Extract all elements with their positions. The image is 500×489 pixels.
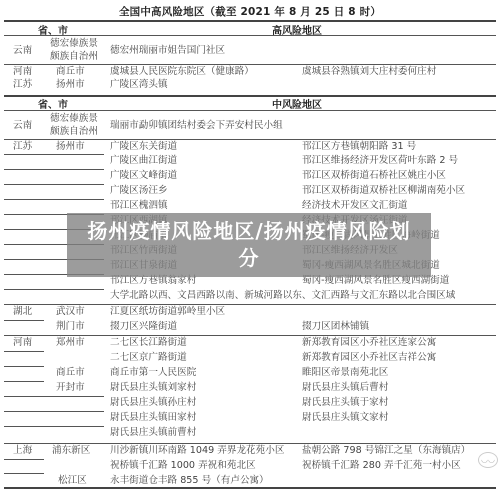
city-cell: 扬州市	[56, 140, 85, 153]
area-cell: 经济技术开发区文汇街道	[302, 199, 408, 212]
risk-area-document: 全国中高风险地区（截至 2021 年 8 月 25 日 8 时） 省、市 高风险…	[0, 0, 500, 489]
divider	[4, 320, 44, 321]
divider	[4, 473, 44, 474]
area-cell: 广陵区曲江街道	[110, 154, 177, 167]
area-cell: 永丰街道仓丰路 855 号（有卢公寓）	[110, 474, 269, 487]
area-cell: 祝桥镇千汇路 1000 弄祝和苑北区	[110, 459, 256, 472]
area-cell: 邗江区双桥街道双桥社区柳湖南苑小区	[302, 184, 465, 197]
divider	[4, 396, 104, 397]
area-cell: 虞城县人民医院东院区（健康路）	[110, 65, 254, 78]
area-cell: 邗江区维扬经济开发区荷叶东路 2 号	[302, 154, 458, 167]
area-cell: 尉氏县庄头镇后曹村	[302, 381, 388, 394]
area-cell: 瑞丽市勐卯镇团结村委会下弄安村民小组	[110, 119, 283, 132]
area-cell: 邗江区双桥街道石桥社区姚庄小区	[302, 169, 446, 182]
city-cell: 德宏傣族景	[50, 112, 98, 125]
area-cell: 尉氏县庄头镇前曹村	[110, 426, 196, 439]
province-cell: 河南	[13, 65, 32, 78]
wechat-icon: ◡◡	[478, 452, 498, 468]
province-cell: 江苏	[13, 140, 32, 153]
area-cell: 大学北路以西、文昌西路以南、新城河路以东、文汇西路与文汇东路以北合围区域	[110, 289, 455, 302]
divider	[4, 95, 496, 97]
area-cell: 掇刀区团林铺镇	[302, 320, 369, 333]
area-cell: 尉氏县庄头镇刘家村	[110, 381, 196, 394]
area-cell: 广陵区湾头镇	[110, 78, 168, 91]
divider	[4, 110, 496, 111]
province-cell: 河南	[13, 336, 32, 349]
divider	[4, 154, 104, 155]
area-cell: 广陵区汤汪乡	[110, 184, 168, 197]
city-cell: 扬州市	[56, 78, 85, 91]
area-cell: 江夏区纸坊街道郭岭里小区	[110, 305, 225, 318]
area-cell: 祝桥镇千汇路 280 弄千汇苑一村小区	[302, 459, 461, 472]
area-cell: 睢阳区帝景南苑北区	[302, 366, 388, 379]
area-cell: 德宏州瑞丽市姐告国门社区	[110, 44, 225, 57]
province-cell: 江苏	[13, 78, 32, 91]
city-cell: 武汉市	[56, 305, 85, 318]
divider	[4, 289, 104, 290]
medium-risk-header: 中风险地区	[272, 96, 322, 111]
divider	[4, 351, 44, 352]
area-cell: 尉氏县庄头镇于家村	[302, 396, 388, 409]
divider	[4, 381, 44, 382]
area-cell: 邗江区方巷镇朝阳路 31 号	[302, 140, 416, 153]
document-title: 全国中高风险地区（截至 2021 年 8 月 25 日 8 时）	[0, 4, 500, 19]
area-cell: 商丘市第一人民医院	[110, 366, 196, 379]
city-cell: 浦东新区	[52, 444, 90, 457]
divider	[4, 35, 496, 36]
area-cell: 邗江区槐泗镇	[110, 199, 168, 212]
city-cell: 颇族自治州	[50, 125, 98, 138]
divider	[4, 199, 104, 200]
area-cell: 盐朝公路 798 号锦江之星（东海镇店）	[302, 444, 470, 457]
area-cell: 尉氏县庄头镇文家村	[302, 411, 388, 424]
divider	[4, 20, 496, 22]
area-cell: 广陵区东关街道	[110, 140, 177, 153]
area-cell: 川沙新镇川环南路 1049 弄界龙花苑小区	[110, 444, 284, 457]
city-cell: 商丘市	[56, 366, 85, 379]
divider	[4, 487, 496, 489]
column-header-province-city: 省、市	[38, 96, 68, 111]
divider	[4, 426, 104, 427]
area-cell: 二七区京广路街道	[110, 351, 187, 364]
city-cell: 商丘市	[56, 65, 85, 78]
area-cell: 新郑教育园区小乔社区连家公寓	[302, 336, 436, 349]
city-cell: 松江区	[58, 474, 87, 487]
area-cell: 掇刀区兴隆街道	[110, 320, 177, 333]
city-cell: 开封市	[56, 381, 85, 394]
province-cell: 云南	[13, 119, 32, 132]
divider	[4, 366, 44, 367]
province-cell: 云南	[13, 44, 32, 57]
area-cell: 新郑教育园区小乔社区吉祥公寓	[302, 351, 436, 364]
divider	[4, 169, 104, 170]
divider	[4, 459, 44, 460]
caption-overlay: 扬州疫情风险地区/扬州疫情风险划分	[67, 213, 431, 277]
area-cell: 二七区长江路街道	[110, 336, 187, 349]
area-cell: 广陵区文峰街道	[110, 169, 177, 182]
city-cell: 颇族自治州	[50, 50, 98, 63]
divider	[4, 184, 104, 185]
city-cell: 郑州市	[56, 336, 85, 349]
province-cell: 上海	[13, 444, 32, 457]
caption-text: 扬州疫情风险地区/扬州疫情风险划分	[79, 218, 419, 272]
city-cell: 德宏傣族景	[50, 37, 98, 50]
area-cell: 尉氏县庄头镇田家村	[110, 411, 196, 424]
city-cell: 荆门市	[56, 320, 85, 333]
area-cell: 虞城县谷熟镇刘大庄村委何庄村	[302, 65, 436, 78]
area-cell: 尉氏县庄头镇孙庄村	[110, 396, 196, 409]
province-cell: 湖北	[13, 305, 32, 318]
divider	[4, 411, 104, 412]
